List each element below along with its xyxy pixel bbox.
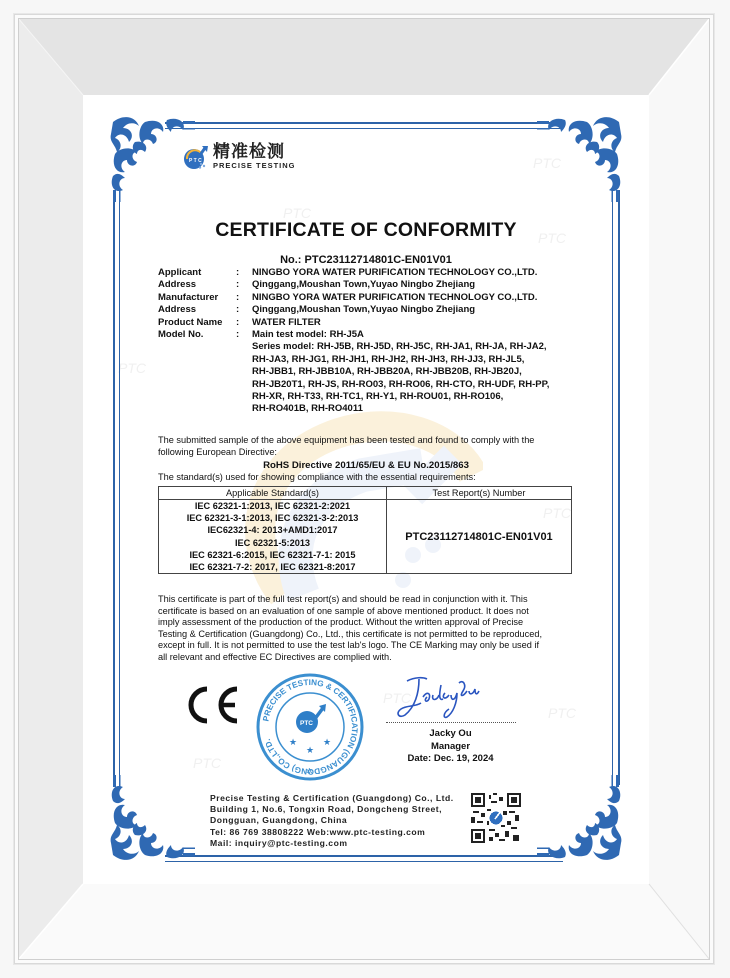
signature-date: Date: Dec. 19, 2024 (383, 753, 518, 766)
issuer-contact: Precise Testing & Certification (Guangdo… (210, 793, 454, 849)
watermark-text: PTC (548, 705, 576, 721)
standards-intro: The standard(s) used for showing complia… (158, 472, 578, 484)
footer-line: Precise Testing & Certification (Guangdo… (210, 793, 454, 804)
footer-line: Dongguan, Guangdong, China (210, 815, 454, 826)
field-colon: : (236, 267, 252, 279)
signer-block: Jacky Ou Manager Date: Dec. 19, 2024 (383, 728, 518, 766)
handwritten-signature (393, 673, 483, 721)
ornament-corner-icon (537, 112, 627, 202)
svg-text:★: ★ (306, 745, 314, 755)
logo-chinese-name: 精准检测 (213, 143, 296, 161)
disclaimer-line: except in full. It is not permitted to u… (158, 640, 578, 652)
certificate-paper: PTC PTC PTC PTC PTC PTC PTC PTC (83, 95, 649, 884)
field-manufacturer-address: Address : Qinggang,Moushan Town,Yuyao Ni… (158, 304, 582, 316)
certificate-title: CERTIFICATE OF CONFORMITY (83, 219, 649, 242)
series-model-line: RH-JB20T1, RH-JS, RH-RO03, RH-RO06, RH-C… (252, 379, 582, 391)
field-value: Qinggang,Moushan Town,Yuyao Ningbo Zheji… (252, 279, 582, 291)
series-model-line: RH-JBB1, RH-JBB10A, RH-JBB20A, RH-JBB20B… (252, 366, 582, 378)
series-models: Series model: RH-J5B, RH-J5D, RH-J5C, RH… (158, 341, 582, 415)
border-left (113, 190, 115, 785)
field-colon: : (236, 304, 252, 316)
field-label: Address (158, 279, 236, 291)
standard-item: IEC 62321-6:2015, IEC 62321-7-1: 2015 (159, 549, 386, 561)
disclaimer-line: Testing & Certification (Guangdong) Co.,… (158, 629, 578, 641)
field-value: WATER FILTER (252, 317, 582, 329)
table-header: Test Report(s) Number (387, 487, 572, 500)
field-applicant-address: Address : Qinggang,Moushan Town,Yuyao Ni… (158, 279, 582, 291)
field-manufacturer: Manufacturer : NINGBO YORA WATER PURIFIC… (158, 292, 582, 304)
watermark-text: PTC (118, 360, 146, 376)
svg-text:P T C: P T C (189, 158, 202, 164)
table-header: Applicable Standard(s) (159, 487, 387, 500)
ptc-logo: P T C 精准检测 PRECISE TESTING (183, 143, 296, 170)
field-colon: : (236, 317, 252, 329)
ornament-corner-icon (537, 775, 627, 865)
field-value: Main test model: RH-J5A (252, 329, 582, 341)
series-model-line: RH-JA3, RH-JG1, RH-JH1, RH-JH2, RH-JH3, … (252, 354, 582, 366)
report-number: PTC23112714801C-EN01V01 (387, 500, 572, 574)
field-value: Qinggang,Moushan Town,Yuyao Ningbo Zheji… (252, 304, 582, 316)
certificate-number: No.: PTC23112714801C-EN01V01 (83, 254, 649, 266)
field-value: NINGBO YORA WATER PURIFICATION TECHNOLOG… (252, 267, 582, 279)
field-model-no: Model No. : Main test model: RH-J5A (158, 329, 582, 341)
series-model-line: RH-RO401B, RH-RO4011 (252, 403, 582, 415)
disclaimer-line: certificate is based on an evaluation of… (158, 606, 578, 618)
field-applicant: Applicant : NINGBO YORA WATER PURIFICATI… (158, 267, 582, 279)
field-product-name: Product Name : WATER FILTER (158, 317, 582, 329)
border-top-inner (165, 128, 563, 129)
standard-item: IEC62321-4: 2013+AMD1:2017 (159, 524, 386, 536)
field-colon: : (236, 292, 252, 304)
standards-list: IEC 62321-1:2013, IEC 62321-2:2021 IEC 6… (159, 500, 387, 574)
seal-center-text: PTC (300, 720, 313, 727)
border-bottom (165, 855, 563, 857)
watermark-text: PTC (193, 755, 221, 771)
certificate-fields: Applicant : NINGBO YORA WATER PURIFICATI… (158, 267, 582, 416)
svg-text:✲: ✲ (306, 767, 313, 776)
svg-text:★: ★ (323, 737, 331, 747)
field-label: Product Name (158, 317, 236, 329)
footer-line: Building 1, No.6, Tongxin Road, Dongchen… (210, 804, 454, 815)
field-label: Applicant (158, 267, 236, 279)
standard-item: IEC 62321-3-1:2013, IEC 62321-3-2:2013 (159, 512, 386, 524)
series-model-line: RH-XR, RH-T33, RH-TC1, RH-Y1, RH-ROU01, … (252, 391, 582, 403)
directive: RoHS Directive 2011/65/EU & EU No.2015/8… (83, 460, 649, 471)
footer-line: Tel: 86 769 38808222 Web:www.ptc-testing… (210, 827, 454, 838)
logo-english-name: PRECISE TESTING (213, 161, 296, 170)
field-label: Address (158, 304, 236, 316)
field-label: Model No. (158, 329, 236, 341)
disclaimer-line: imply assessment of the production of th… (158, 617, 578, 629)
standard-item: IEC 62321-5:2013 (159, 537, 386, 549)
field-colon: : (236, 279, 252, 291)
svg-text:★: ★ (289, 737, 297, 747)
footer-line: Mail: inquiry@ptc-testing.com (210, 838, 454, 849)
field-value: NINGBO YORA WATER PURIFICATION TECHNOLOG… (252, 292, 582, 304)
signature-line (386, 722, 516, 723)
border-left-inner (119, 190, 120, 785)
ornament-corner-icon (105, 775, 195, 865)
border-top (165, 122, 563, 124)
border-right-inner (612, 190, 613, 785)
series-model-line: Series model: RH-J5B, RH-J5D, RH-J5C, RH… (252, 341, 582, 353)
field-label: Manufacturer (158, 292, 236, 304)
border-bottom-inner (165, 861, 563, 862)
standards-table: Applicable Standard(s) Test Report(s) Nu… (158, 486, 572, 574)
border-right (618, 190, 620, 785)
compliance-statement: The submitted sample of the above equipm… (158, 435, 568, 458)
standard-item: IEC 62321-7-2: 2017, IEC 62321-8:2017 (159, 561, 386, 573)
signer-name: Jacky Ou (383, 728, 518, 741)
disclaimer: This certificate is part of the full tes… (158, 594, 578, 664)
field-colon: : (236, 329, 252, 341)
qr-code-icon[interactable] (471, 793, 521, 843)
disclaimer-line: This certificate is part of the full tes… (158, 594, 578, 606)
company-seal-icon: PRECISE TESTING & CERTIFICATION (GUANGDO… (255, 672, 365, 782)
ornament-corner-icon (105, 112, 195, 202)
ce-mark-icon (183, 685, 241, 725)
signer-title: Manager (383, 741, 518, 754)
standard-item: IEC 62321-1:2013, IEC 62321-2:2021 (159, 500, 386, 512)
ptc-logo-icon: P T C (183, 144, 209, 170)
disclaimer-line: all relevant and effective EC Directives… (158, 652, 578, 664)
